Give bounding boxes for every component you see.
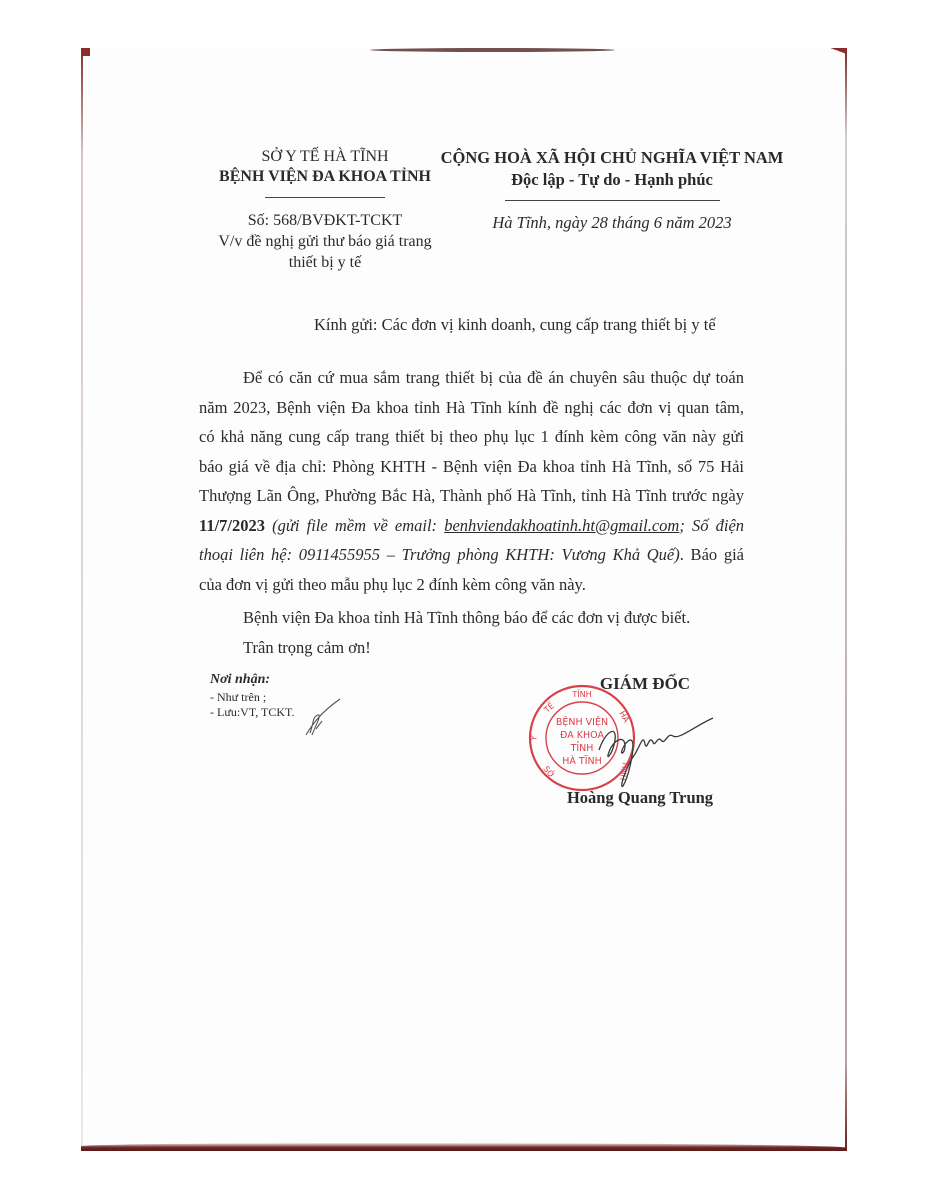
national-motto: Độc lập - Tự do - Hạnh phúc bbox=[432, 170, 792, 190]
recipient-item: - Lưu:VT, TCKT. bbox=[210, 705, 295, 720]
svg-text:TẾ: TẾ bbox=[540, 699, 556, 715]
motto-underline bbox=[505, 200, 720, 201]
page-edge-right bbox=[845, 48, 847, 1151]
body-line: Để có căn cứ mua sắm trang thiết bị của … bbox=[199, 363, 744, 393]
closing-thanks: Trân trọng cảm ơn! bbox=[243, 638, 371, 658]
organization-name: BỆNH VIỆN ĐA KHOA TỈNH bbox=[190, 168, 460, 186]
body-line: có khả năng cung cấp trang thiết bị theo… bbox=[199, 422, 744, 452]
subject-line-2: thiết bị y tế bbox=[289, 254, 361, 271]
email-link[interactable]: benhviendakhoatinh.ht@gmail.com bbox=[444, 516, 679, 535]
organization-underline bbox=[265, 197, 385, 198]
page-corner-top-right bbox=[830, 48, 847, 54]
body-line: của đơn vị gửi theo mẫu phụ lục 2 đính k… bbox=[199, 570, 744, 600]
page-edge-left bbox=[81, 48, 83, 1151]
place-and-date: Hà Tĩnh, ngày 28 tháng 6 năm 2023 bbox=[432, 213, 792, 233]
page-corner-top-left bbox=[81, 48, 90, 56]
svg-text:TỈNH: TỈNH bbox=[570, 742, 594, 754]
body-line-deadline: 11/7/2023 (gửi file mềm về email: benhvi… bbox=[199, 511, 744, 541]
svg-text:SỞ: SỞ bbox=[541, 763, 557, 780]
contact-prefix: (gửi file mềm về email: bbox=[272, 516, 444, 535]
parent-organization: SỞ Y TẾ HÀ TĨNH bbox=[190, 148, 460, 166]
after-contact: . Báo giá bbox=[680, 545, 744, 564]
body-line: năm 2023, Bệnh viện Đa khoa tỉnh Hà Tĩnh… bbox=[199, 393, 744, 423]
national-title: CỘNG HOÀ XÃ HỘI CHỦ NGHĨA VIỆT NAM bbox=[432, 148, 792, 168]
closing-notice: Bệnh viện Đa khoa tỉnh Hà Tĩnh thông báo… bbox=[243, 608, 690, 628]
document-subject: V/v đề nghị gửi thư báo giá trang thiết … bbox=[190, 231, 460, 273]
letter-body: Để có căn cứ mua sắm trang thiết bị của … bbox=[199, 363, 744, 599]
page-edge-top bbox=[370, 48, 615, 52]
handwritten-signature-icon bbox=[595, 710, 715, 790]
salutation: Kính gửi: Các đơn vị kinh doanh, cung cấ… bbox=[314, 315, 716, 335]
recipient-item: - Như trên ; bbox=[210, 690, 266, 705]
deadline-date: 11/7/2023 bbox=[199, 516, 265, 535]
contact-suffix: ; Số điện bbox=[679, 516, 744, 535]
body-line: Thượng Lãn Ông, Phường Bắc Hà, Thành phố… bbox=[199, 481, 744, 511]
svg-text:TỈNH: TỈNH bbox=[571, 688, 591, 699]
body-line: báo giá về địa chỉ: Phòng KHTH - Bệnh vi… bbox=[199, 452, 744, 482]
document-number: Số: 568/BVĐKT-TCKT bbox=[190, 212, 460, 230]
recipients-title: Nơi nhận: bbox=[210, 672, 270, 688]
body-line-contact: thoại liên hệ: 0911455955 – Trưởng phòng… bbox=[199, 540, 744, 570]
signer-name: Hoàng Quang Trung bbox=[555, 788, 725, 808]
initials-mark-icon bbox=[300, 695, 345, 740]
page-edge-bottom bbox=[81, 1143, 847, 1151]
contact-phone: thoại liên hệ: 0911455955 – Trưởng phòng… bbox=[199, 545, 680, 564]
subject-line-1: V/v đề nghị gửi thư báo giá trang bbox=[218, 233, 431, 250]
